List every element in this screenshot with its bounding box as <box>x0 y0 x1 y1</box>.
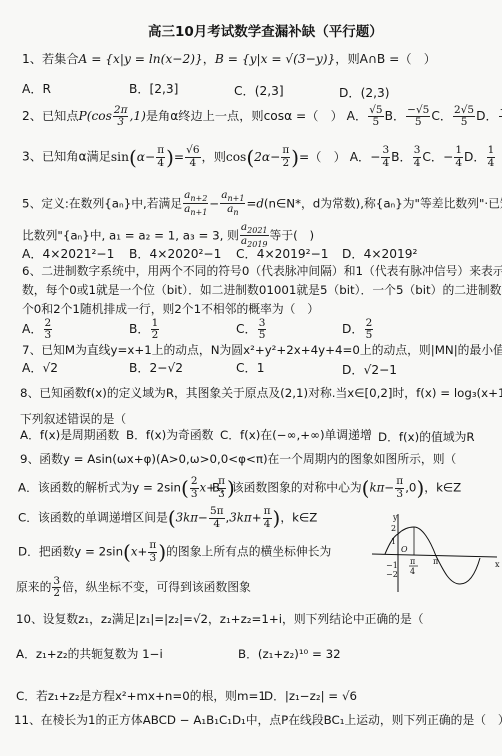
q3-option-a: 34 <box>381 145 390 168</box>
q7-option-a: A．√2 <box>22 361 58 376</box>
q7-option-c: C．1 <box>236 361 264 376</box>
q3-opt-d-label: D． <box>464 150 486 164</box>
y-tick-1: 1 <box>391 537 396 546</box>
question-5-line-2: 比数列"{aₙ}中, a₁ = a₂ = 1, a₃ = 3, 则a2021a2… <box>22 222 314 250</box>
q2-option-c: 2√55 <box>453 105 475 128</box>
q1-suffix: ，则A∩B =（ ） <box>335 52 436 66</box>
q3-option-d: 14 <box>487 145 496 168</box>
q5-frac-1: an+2an+1 <box>183 190 208 218</box>
q5-option-a: A．4×2021²−1 <box>22 247 114 262</box>
origin-label: O <box>401 545 408 554</box>
q2-point: P(cos2π3,1) <box>79 109 146 123</box>
question-5-line-1: 5、定义:在数列{aₙ}中,若满足an+2an+1−an+1an=d(n∈N*，… <box>22 190 502 218</box>
y-tick-2: 2 <box>391 524 396 533</box>
question-3-stem: 3、已知角α满足sin(α−π4)=√64，则cos(2α−π2)=（ ） A．… <box>22 145 496 169</box>
q1-option-c: C．(2,3] <box>234 84 284 99</box>
q10-option-a: A．z₁+z₂的共轭复数为 1−i <box>16 647 163 661</box>
q2-prefix: 2、已知点 <box>22 109 79 123</box>
q10-option-b: B．(z₁+z₂)¹⁰ = 32 <box>238 647 341 661</box>
q1-set-a: A = {x|y = ln(x−2)} <box>79 52 203 66</box>
q3-opt-a-sign: − <box>370 150 380 164</box>
q3-mid: ，则cos(2α−π2)=（ ） <box>202 150 346 164</box>
q5-line2-suffix: 等于( ) <box>270 228 315 242</box>
q5-option-b: B．4×2020²−1 <box>129 247 221 262</box>
q2-frac: 2π3 <box>113 105 129 128</box>
q9-option-a: A．该函数的解析式为y = 2sin(23x+π3) <box>18 476 235 500</box>
q2-opt-c-label: C． <box>431 109 452 123</box>
q2-option-b: −√55 <box>406 105 430 128</box>
q8-option-c: C．f(x)在(−∞,+∞)单调递增 <box>220 428 372 442</box>
question-9-stem: 9、函数y = Asin(ωx+φ)(A>0,ω>0,0<φ<π)在一个周期内的… <box>20 452 456 466</box>
x-tick-pi4-num: π <box>410 557 415 566</box>
q10-option-c: C．若z₁+z₂是方程x²+mx+n=0的根，则m=1 <box>16 689 266 703</box>
q6-option-b: B．12 <box>129 318 160 341</box>
q8-option-a: A．f(x)是周期函数 <box>20 428 119 442</box>
q1-option-a: A．R <box>22 82 51 97</box>
q3-opt-b-label: B． <box>391 150 412 164</box>
q3-given: sin(α−π4)=√64 <box>111 150 202 164</box>
question-2-stem: 2、已知点P(cos2π3,1)是角α终边上一点，则cosα =（ ） A．√5… <box>22 105 502 128</box>
q2-opt-a-label: A． <box>347 109 368 123</box>
page-title: 高三10月考试数学查漏补缺（平行题） <box>148 24 383 40</box>
q9-option-b: B．该函数图象的对称中心为(kπ−π3,0)，k∈Z <box>212 476 461 500</box>
x-tick-pi4-den: 4 <box>410 567 415 576</box>
y-tick-neg2: −2 <box>386 570 398 579</box>
q5-suffix: (n∈N*，d为常数),称{aₙ}为"等差比数列"·已知在"等差 <box>264 196 502 210</box>
y-tick-neg1: −1 <box>386 561 398 570</box>
q1-option-b: B．[2,3] <box>129 82 178 97</box>
q8-option-b: B．f(x)为奇函数 <box>126 428 213 442</box>
q8-option-d: D．f(x)的值域为R <box>378 430 475 444</box>
exam-page: 高三10月考试数学查漏补缺（平行题） 1、若集合A = {x|y = ln(x−… <box>0 0 502 756</box>
q2-option-a: √55 <box>368 105 383 128</box>
sine-graph-figure: y x O 2 1 −1 −2 π 4 π <box>352 512 502 592</box>
question-6-line-2: 数，每个0或1就是一个位（bit）．如二进制数01001就是5（bit）．一个5… <box>22 283 502 297</box>
question-8-line-1: 8、已知函数f(x)的定义域为R，其图象关于原点及(2,1)对称.当x∈[0,2… <box>20 386 502 400</box>
q5-option-d: D．4×2019² <box>342 247 417 262</box>
question-11-stem: 11、在棱长为1的正方体ABCD − A₁B₁C₁D₁中，点P在线段BC₁上运动… <box>14 713 502 727</box>
q1-sep: ， <box>203 52 215 66</box>
q2-mid: 是角α终边上一点，则cosα =（ ） <box>146 109 343 123</box>
x-axis-label: x <box>495 560 500 569</box>
q5-frac-2: an+1an <box>220 190 245 218</box>
question-1-stem: 1、若集合A = {x|y = ln(x−2)}，B = {y|x = √(3−… <box>22 52 436 67</box>
q7-option-b: B．2−√2 <box>129 361 183 376</box>
q6-option-c: C．35 <box>236 318 267 341</box>
q3-option-b: 34 <box>413 145 422 168</box>
q2-options: A．√55B．−√55C．2√55D．−√32 <box>347 109 502 123</box>
question-8-line-2: 下列叙述错误的是（ <box>20 412 126 426</box>
q1-option-d: D．(2,3) <box>339 86 389 101</box>
q7-option-d: D．√2−1 <box>342 363 397 378</box>
q3-option-c: 14 <box>454 145 463 168</box>
q2-opt-b-label: B． <box>385 109 406 123</box>
q3-opt-c-sign: − <box>443 150 453 164</box>
q3-opt-a-label: A． <box>350 150 371 164</box>
q6-option-a: A．23 <box>22 318 53 341</box>
q5-line2-prefix: 比数列"{aₙ}中, a₁ = a₂ = 1, a₃ = 3, 则 <box>22 228 239 242</box>
q2-opt-d-label: D． <box>476 109 498 123</box>
question-6-line-3: 个0和2个1随机排成一行，则2个1不相邻的概率为（ ） <box>22 302 319 316</box>
q3-options: A．−34B．34C．−14D．14 <box>350 150 497 164</box>
q9-option-d-line-1: D．把函数y = 2sin(x+π3)的图象上所有点的横坐标伸长为 <box>18 540 331 564</box>
q2-option-d: −√32 <box>499 105 502 128</box>
q3-opt-c-label: C． <box>422 150 443 164</box>
q9-option-d-line-2: 原来的32倍，纵坐标不变，可得到该函数图象 <box>16 576 251 599</box>
question-10-stem: 10、设复数z₁，z₂满足|z₁|=|z₂|=√2，z₁+z₂=1+i，则下列结… <box>16 612 424 626</box>
x-tick-pi: π <box>433 557 438 566</box>
q9-option-c: C．该函数的单调递增区间是(3kπ−5π4,3kπ+π4)，k∈Z <box>18 506 317 530</box>
y-axis-label: y <box>392 513 398 522</box>
question-6-line-1: 6、二进制数字系统中，用两个不同的符号0（代表脉冲间隔）和1（代表有脉冲信号）来… <box>22 264 502 278</box>
q5-ratio: a2021a2019 <box>240 222 269 250</box>
q1-set-b: B = {y|x = √(3−y)} <box>215 52 335 66</box>
q3-prefix: 3、已知角α满足 <box>22 150 111 164</box>
q1-prefix: 1、若集合 <box>22 52 79 66</box>
q5-prefix: 5、定义:在数列{aₙ}中,若满足 <box>22 196 182 210</box>
q5-option-c: C．4×2019²−1 <box>236 247 329 262</box>
question-7-stem: 7、已知M为直线y=x+1上的动点，N为圆x²+y²+2x+4y+4=0上的动点… <box>22 343 502 357</box>
q10-option-d: D．|z₁−z₂| = √6 <box>264 689 357 703</box>
q6-option-d: D．25 <box>342 318 374 341</box>
